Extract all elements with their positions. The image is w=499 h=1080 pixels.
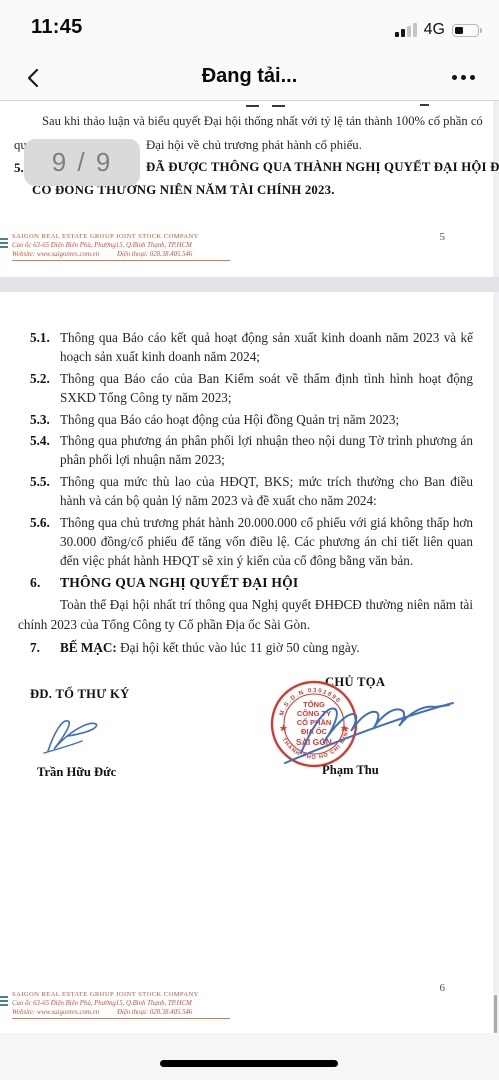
list-text: Thông qua Báo cáo hoạt động của Hội đồng… (60, 410, 473, 429)
section-heading: 6. THÔNG QUA NGHỊ QUYẾT ĐẠI HỘI (30, 573, 473, 592)
secretary-title: ĐD. TỔ THƯ KÝ (30, 687, 180, 702)
secretary-signature-block: ĐD. TỔ THƯ KÝ Trần Hữu Đức (30, 687, 180, 702)
paragraph-line-fragment: Đại hội về chủ trương phát hành cổ phiếu… (146, 138, 362, 153)
list-item: 5.4. Thông qua phương án phân phối lợi n… (30, 431, 473, 470)
company-logo (0, 236, 8, 250)
list-number: 7. (30, 638, 60, 657)
list-text: Thông qua phương án phân phối lợi nhuận … (60, 431, 473, 470)
cropped-table-artifact (272, 105, 285, 107)
list-number: 5.2. (30, 369, 60, 408)
battery-icon (452, 24, 479, 37)
list-item: 5.5. Thông qua mức thù lao của HĐQT, BKS… (30, 472, 473, 511)
page-number: 5 (440, 231, 446, 243)
cropped-table-artifact (246, 105, 259, 107)
company-name: SAIGON REAL ESTATE GROUP JOINT STOCK COM… (12, 990, 252, 999)
company-website: Website: www.saigonres.com.vn (12, 1008, 99, 1017)
phone-screen: 11:45 4G Đang tải... Sau khi thảo luận v… (0, 0, 499, 1080)
document-page-6: 5.1. Thông qua Báo cáo kết quả hoạt động… (0, 292, 493, 1033)
list-number: 5. (14, 160, 24, 176)
cropped-table-artifact (420, 104, 429, 106)
status-bar: 11:45 4G (0, 0, 499, 54)
company-address: Cao ốc 63-65 Điện Biên Phủ, Phường15, Q.… (12, 999, 252, 1008)
list-text: Thông qua Báo cáo của Ban Kiểm soát về t… (60, 369, 473, 408)
ellipsis-icon (452, 75, 457, 80)
company-name: SAIGON REAL ESTATE GROUP JOINT STOCK COM… (12, 232, 252, 241)
company-logo (0, 994, 8, 1008)
list-text: Thông qua Báo cáo kết quả hoạt động sản … (60, 328, 473, 367)
chairman-signature-block: CHỦ TỌA M.S.D.N 0301890 THÀNH PHỐ HỒ CHÍ… (255, 675, 485, 790)
company-phone: Điện thoại: 028.38.405.546 (117, 250, 192, 259)
page-number: 6 (440, 982, 446, 994)
list-number: 6. (30, 573, 60, 592)
list-item: 5.3. Thông qua Báo cáo hoạt động của Hội… (30, 410, 473, 429)
closing-section: 7. BẾ MẠC: Đại hội kết thúc vào lúc 11 g… (30, 638, 473, 657)
list-text: Thông qua mức thù lao của HĐQT, BKS; mức… (60, 472, 473, 511)
closing-text: Đại hội kết thúc vào lúc 11 giờ 50 cùng … (117, 640, 360, 655)
list-item: 5.1. Thông qua Báo cáo kết quả hoạt động… (30, 328, 473, 367)
nav-bar: Đang tải... (0, 54, 499, 101)
company-website: Website: www.saigonres.com.vn (12, 250, 99, 259)
list-text: Thông qua chủ trương phát hành 20.000.00… (60, 513, 473, 571)
list-item: 5.6. Thông qua chủ trương phát hành 20.0… (30, 513, 473, 571)
chairman-signature (283, 683, 463, 768)
list-item: 5.2. Thông qua Báo cáo của Ban Kiểm soát… (30, 369, 473, 408)
page-position-indicator: 9 / 9 (24, 139, 140, 186)
document-page-5: Sau khi thảo luận và biểu quyết Đại hội … (0, 101, 493, 277)
page-separator (0, 277, 499, 292)
list-number: 5.4. (30, 431, 60, 470)
scrollbar[interactable] (494, 995, 497, 1033)
company-phone: Điện thoại: 028.38.405.546 (117, 1008, 192, 1017)
document-viewer[interactable]: Sau khi thảo luận và biểu quyết Đại hội … (0, 101, 499, 1080)
list-number: 5.3. (30, 410, 60, 429)
section-paragraph: Toàn thể Đại hội nhất trí thông qua Nghị… (18, 595, 473, 634)
home-indicator[interactable] (160, 1060, 338, 1067)
paragraph-line: Sau khi thảo luận và biểu quyết Đại hội … (42, 114, 483, 129)
page-title: Đang tải... (0, 65, 499, 88)
more-options-button[interactable] (452, 75, 475, 80)
list-number: 5.1. (30, 328, 60, 367)
clock: 11:45 (31, 16, 83, 39)
letterhead-footer: SAIGON REAL ESTATE GROUP JOINT STOCK COM… (12, 232, 252, 261)
scroll-end-background (0, 1033, 499, 1080)
secretary-name: Trần Hữu Đức (37, 765, 116, 780)
secretary-signature (38, 705, 128, 760)
list-number: 5.6. (30, 513, 60, 571)
letterhead-footer: SAIGON REAL ESTATE GROUP JOINT STOCK COM… (12, 990, 252, 1019)
closing-label: BẾ MẠC: (60, 640, 117, 655)
signal-strength-icon (395, 23, 417, 37)
network-type-label: 4G (424, 21, 445, 39)
resolution-heading-line: ĐÃ ĐƯỢC THÔNG QUA THÀNH NGHỊ QUYẾT ĐẠI H… (146, 160, 499, 175)
list-number: 5.5. (30, 472, 60, 511)
company-address: Cao ốc 63-65 Điện Biên Phủ, Phường15, Q.… (12, 241, 252, 250)
chairman-name: Phạm Thu (322, 763, 379, 778)
section-title: THÔNG QUA NGHỊ QUYẾT ĐẠI HỘI (60, 573, 298, 592)
